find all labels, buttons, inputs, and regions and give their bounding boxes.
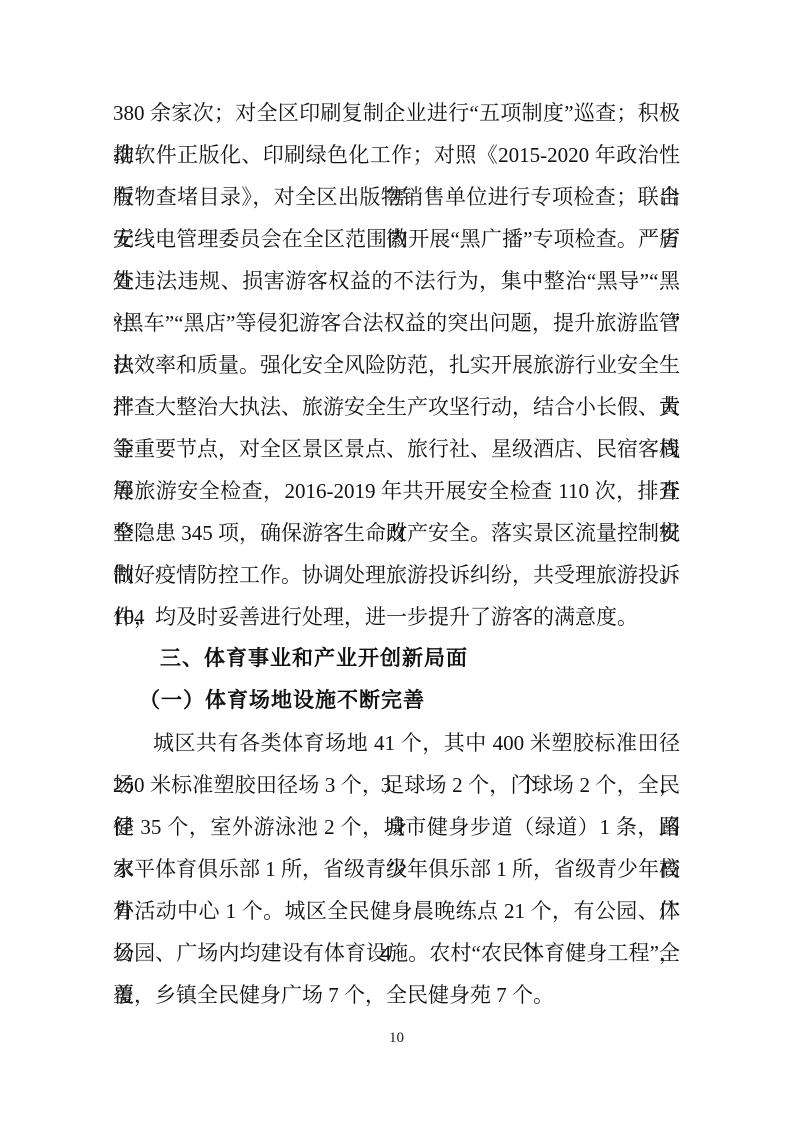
body-line: 排查大整治大执法、旅游安全生产攻坚行动，结合小长假、黄金周 xyxy=(113,386,680,428)
body-line: 城区共有各类体育场地 41 个，其中 400 米塑胶标准田径场 3 个， xyxy=(113,722,680,764)
body-line: 水平体育俱乐部 1 所，省级青少年俱乐部 1 所，省级青少年校外体 xyxy=(113,848,680,890)
body-line: 径 35 个，室外游泳池 2 个，城市健身步道（绿道）1 条，国家级高 xyxy=(113,806,680,848)
section-heading: 三、体育事业和产业开创新局面 xyxy=(113,638,680,680)
body-line: 版物查堵目录》，对全区出版物销售单位进行专项检查；联合安徽省 xyxy=(113,176,680,218)
body-line: 展旅游安全检查，2016-2019 年共开展安全检查 110 次，排查整改安 xyxy=(113,470,680,512)
body-line: 全隐患 345 项，确保游客生命财产安全。落实景区流量控制机制。 xyxy=(113,512,680,554)
body-line: 做好疫情防控工作。协调处理旅游投诉纠纷，共受理旅游投诉 104 xyxy=(113,554,680,596)
subsection-heading: （一）体育场地设施不断完善 xyxy=(113,680,680,722)
body-line: 无线电管理委员会在全区范围内开展“黑广播”专项检查。严厉查 xyxy=(113,218,680,260)
body-line: 等重要节点，对全区景区景点、旅行社、星级酒店、民宿客栈等开 xyxy=(113,428,680,470)
body-line: 育活动中心 1 个。城区全民健身晨晚练点 21 个，有公园、广场 4 个， xyxy=(113,890,680,932)
body-line: “黑车”“黑店”等侵犯游客合法权益的突出问题，提升旅游监管执 xyxy=(113,302,680,344)
body-line: 250 米标准塑胶田径场 3 个，足球场 2 个，门球场 2 个，全民健身路 xyxy=(113,764,680,806)
body-line: 公园、广场内均建设有体育设施。农村“农民体育健身工程”全覆 xyxy=(113,932,680,974)
body-line: 盖，乡镇全民健身广场 7 个，全民健身苑 7 个。 xyxy=(113,974,680,1016)
document-page: 380 余家次；对全区印刷复制企业进行“五项制度”巡查；积极推 动软件正版化、印… xyxy=(0,0,793,1122)
body-line: 件，均及时妥善进行处理，进一步提升了游客的满意度。 xyxy=(113,596,680,638)
body-line: 380 余家次；对全区印刷复制企业进行“五项制度”巡查；积极推 xyxy=(113,92,680,134)
body-line: 法效率和质量。强化安全风险防范，扎实开展旅游行业安全生产大 xyxy=(113,344,680,386)
body-line: 处违法违规、损害游客权益的不法行为，集中整治“黑导”“黑社” xyxy=(113,260,680,302)
page-number: 10 xyxy=(0,1028,793,1048)
text-block: 380 余家次；对全区印刷复制企业进行“五项制度”巡查；积极推 动软件正版化、印… xyxy=(113,92,680,1016)
body-line: 动软件正版化、印刷绿色化工作；对照《2015-2020 年政治性有害出 xyxy=(113,134,680,176)
